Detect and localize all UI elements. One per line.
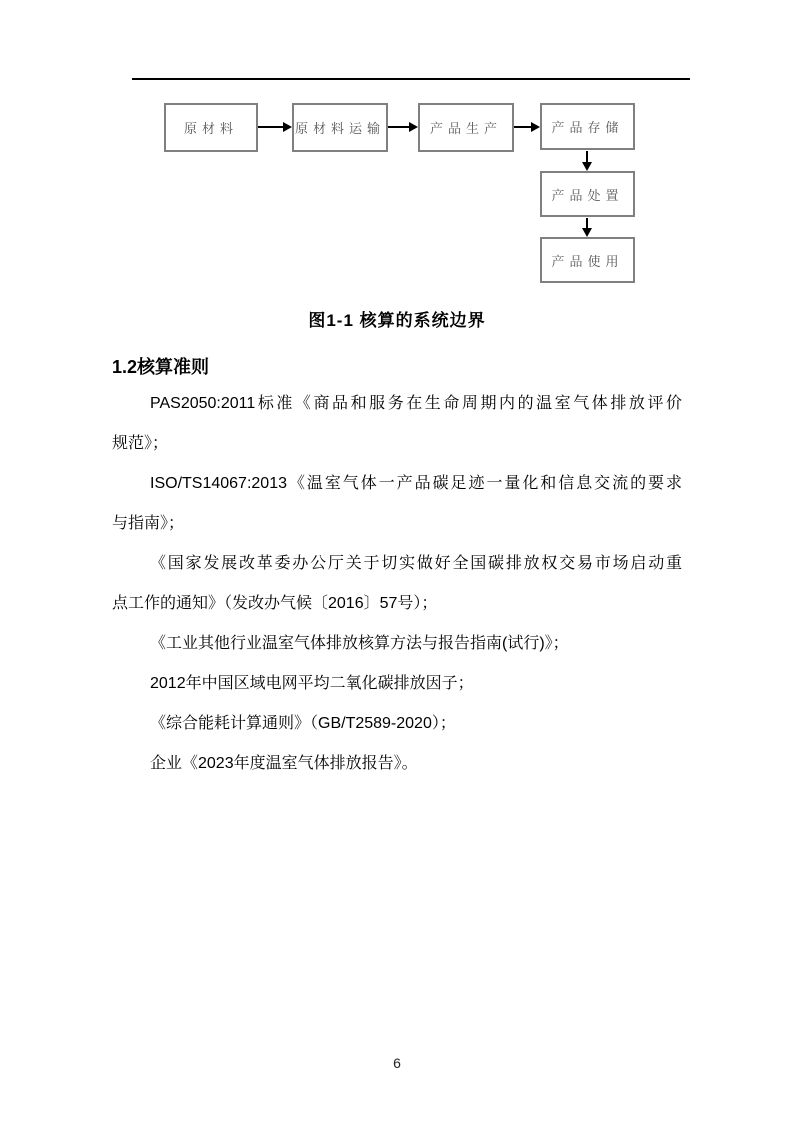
arrow-down-icon: [582, 151, 592, 171]
body-text: PAS2050:2011标准《商品和服务在生命周期内的温室气体排放评价 规范》；…: [112, 384, 682, 784]
arrow-right-icon: [388, 122, 418, 132]
flowchart-box-disposal: 产品处置: [540, 171, 635, 217]
flowchart-box-label: 产品存储: [551, 117, 623, 136]
page-number: 6: [0, 1055, 794, 1071]
body-line: ISO/TS14067:2013《温室气体一产品碳足迹一量化和信息交流的要求: [112, 464, 682, 504]
section-heading: 1.2核算准则: [112, 353, 209, 379]
flowchart-box-production: 产品生产: [418, 103, 514, 152]
body-line: 规范》；: [112, 424, 682, 464]
body-line: 企业《2023年度温室气体排放报告》。: [112, 744, 682, 784]
body-line: PAS2050:2011标准《商品和服务在生命周期内的温室气体排放评价: [112, 384, 682, 424]
body-line: 《工业其他行业温室气体排放核算方法与报告指南(试行)》；: [112, 624, 682, 664]
body-line: 《国家发展改革委办公厅关于切实做好全国碳排放权交易市场启动重: [112, 544, 682, 584]
figure-caption: 图1-1 核算的系统边界: [0, 306, 794, 331]
arrow-down-icon: [582, 218, 592, 237]
arrow-right-icon: [514, 122, 540, 132]
document-page: 原材料 原材料运输 产品生产 产品存储 产品处置 产品使用 图1-1 核算的系统…: [0, 0, 794, 1123]
flowchart-box-use: 产品使用: [540, 237, 635, 283]
flowchart-box-label: 产品使用: [551, 251, 623, 270]
flowchart-box-label: 原材料运输: [295, 118, 385, 137]
flowchart-box-label: 产品处置: [551, 185, 623, 204]
body-line: 2012年中国区域电网平均二氧化碳排放因子；: [112, 664, 682, 704]
header-divider: [132, 78, 690, 80]
flowchart-box-label: 产品生产: [430, 118, 502, 137]
flowchart-box-storage: 产品存储: [540, 103, 635, 150]
body-line: 与指南》；: [112, 504, 682, 544]
arrow-right-icon: [258, 122, 292, 132]
flowchart-box-raw-material: 原材料: [164, 103, 258, 152]
flowchart-box-raw-material-transport: 原材料运输: [292, 103, 388, 152]
body-line: 《综合能耗计算通则》（GB/T2589-2020）；: [112, 704, 682, 744]
body-line: 点工作的通知》（发改办气候〔2016〕57号）；: [112, 584, 682, 624]
flowchart-box-label: 原材料: [184, 118, 238, 137]
